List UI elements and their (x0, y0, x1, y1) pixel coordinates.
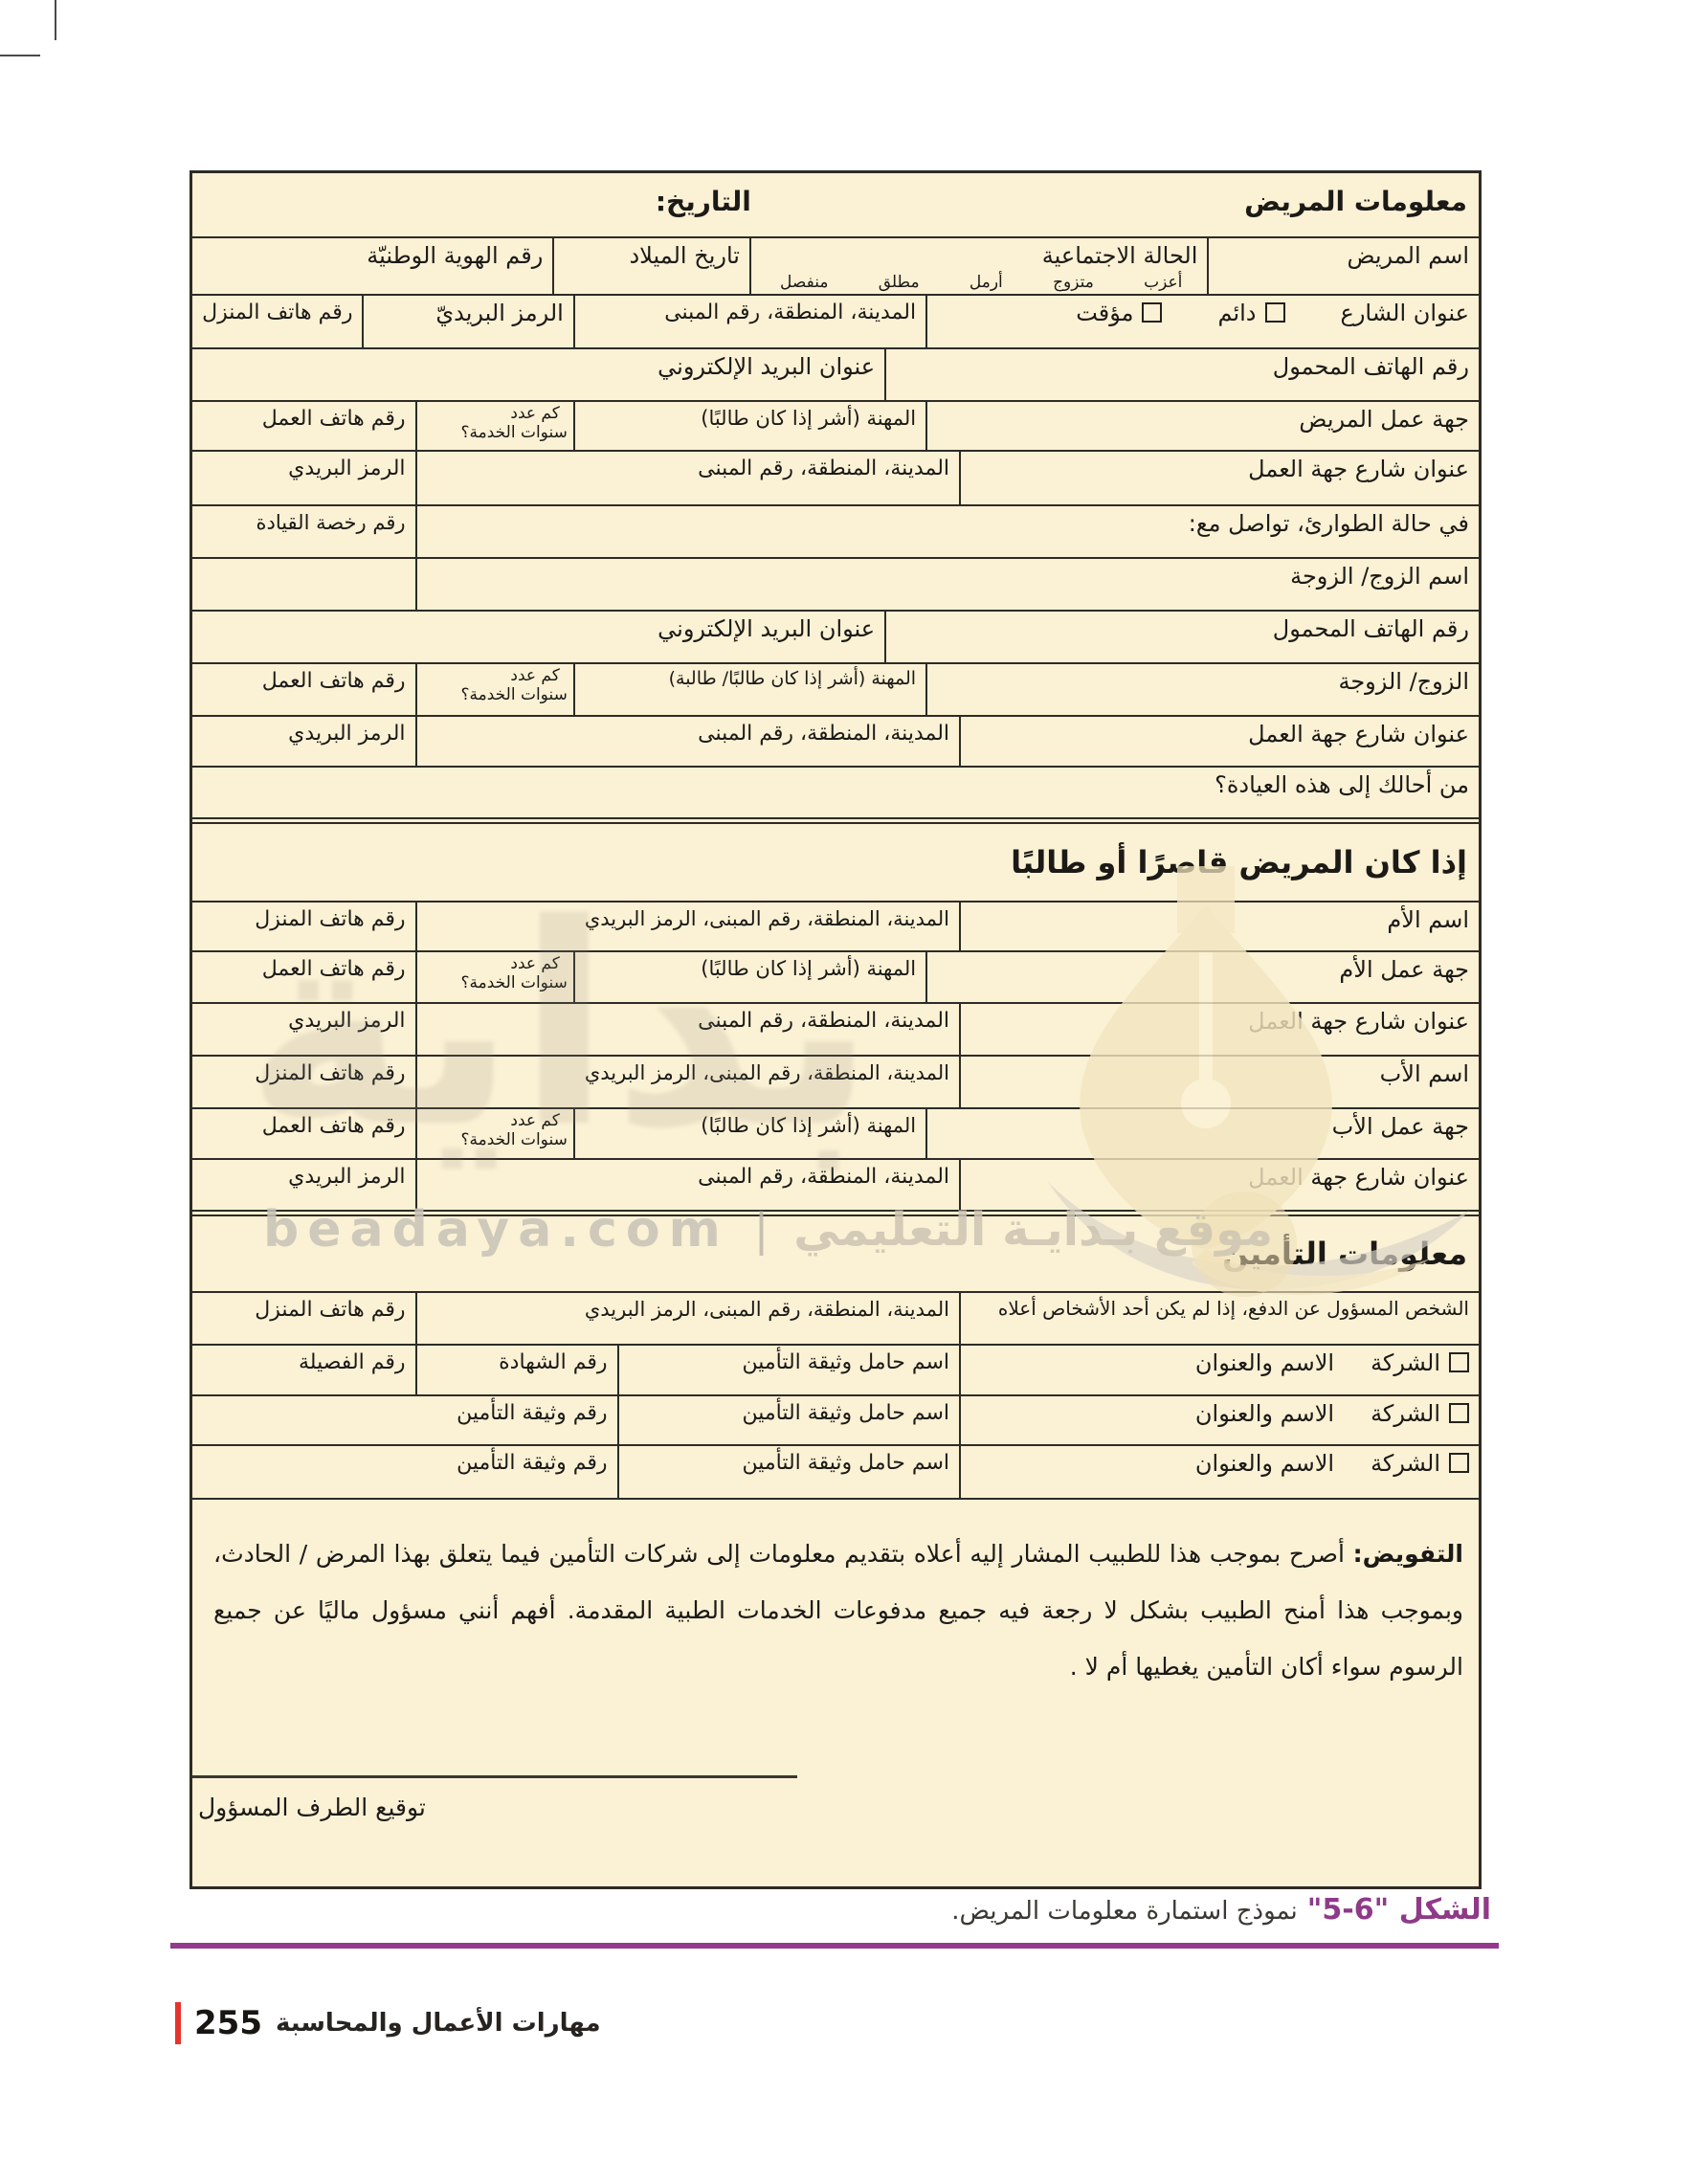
cell-label: رقم رخصة القيادة (256, 511, 405, 534)
cell-label: الشركة (1371, 1451, 1440, 1478)
form-row: الشركةالاسم والعنواناسم حامل وثيقة التأم… (192, 1444, 1479, 1498)
cell-content: رقم هاتف العمل (192, 1109, 415, 1138)
form-row: جهة عمل الأبالمهنة (أشر إذا كان طالبًا)ك… (192, 1107, 1479, 1158)
cell-content: جهة عمل المريض (927, 402, 1479, 434)
cell-content: عنوان البريد الإلكتروني (192, 349, 884, 381)
cell-label: الزوج/ الزوجة (1338, 669, 1469, 696)
cell-content: الرمز البريدي (192, 1004, 415, 1033)
checkbox-icon (1265, 302, 1285, 323)
cell-label: كم عددسنوات الخدمة؟ (459, 952, 568, 992)
cell-content: الشركةالاسم والعنوان (961, 1396, 1479, 1428)
form-cell: اسم حامل وثيقة التأمين (617, 1446, 960, 1498)
form-cell: اسم الأم (959, 903, 1479, 950)
cell-content: رقم هاتف العمل (192, 402, 415, 431)
checkbox-option: دائم (1217, 301, 1284, 327)
cell-content: المدينة، المنطقة، رقم المبنى، الرمز البر… (417, 1057, 960, 1084)
divider-rule (170, 1943, 1499, 1949)
form-cell: الشخص المسؤول عن الدفع، إذا لم يكن أحد ا… (959, 1293, 1479, 1344)
form-cell: الرمز البريدي (192, 1160, 415, 1210)
cell-content: في حالة الطوارئ، تواصل مع: (417, 506, 1479, 538)
form-cell: جهة عمل الأب (925, 1109, 1479, 1158)
form-cell: رقم هاتف العمل (192, 664, 415, 715)
form-cell: جهة عمل الأم (925, 952, 1479, 1002)
form-cell: المدينة، المنطقة، رقم المبنى (415, 717, 960, 766)
cell-label: الرمز البريدي (288, 722, 405, 746)
cell-content: المدينة، المنطقة، رقم المبنى (575, 296, 925, 324)
crop-mark-vertical (55, 0, 56, 40)
cell-content: المدينة، المنطقة، رقم المبنى، الرمز البر… (417, 903, 960, 930)
form-cell: المهنة (أشر إذا كان طالبًا) (573, 952, 925, 1002)
form-cell: عنوان الشارعدائممؤقت (925, 296, 1479, 347)
cell-label: رقم الشهادة (499, 1350, 607, 1374)
form-cell: كم عددسنوات الخدمة؟ (415, 402, 573, 450)
cell-content: رقم الفصيلة (192, 1346, 415, 1374)
cell-content: الرمز البريدي (192, 1160, 415, 1189)
cell-label: تاريخ الميلاد (629, 243, 740, 270)
cell-label: المدينة، المنطقة، رقم المبنى (698, 1009, 949, 1033)
cell-label: الحالة الاجتماعية (1042, 243, 1198, 270)
cell-content: الشخص المسؤول عن الدفع، إذا لم يكن أحد ا… (961, 1293, 1479, 1320)
cell-label: المدينة، المنطقة، رقم المبنى (664, 301, 916, 324)
cell-label: جهة عمل الأم (1339, 957, 1469, 984)
cell-content: رقم رخصة القيادة (192, 506, 415, 534)
cell-label: الشركة (1371, 1350, 1440, 1377)
cell-content: الرمز البريديّ (364, 296, 572, 327)
cell-label: الرمز البريديّ (435, 301, 563, 327)
form-cell: الحالة الاجتماعيةأعزبمتزوجأرملمطلقمنفصل (749, 238, 1207, 294)
marital-status-option: متزوج (1053, 273, 1094, 292)
form-cell: اسم الأب (959, 1057, 1479, 1107)
cell-content: المهنة (أشر إذا كان طالبًا) (575, 402, 925, 430)
form-row: معلومات المريضالتاريخ: (192, 173, 1479, 236)
form-cell: الرمز البريدي (192, 1004, 415, 1055)
form-cell: المدينة، المنطقة، رقم المبنى (573, 296, 925, 347)
marital-status-option: أرمل (970, 273, 1003, 292)
form-cell: اسم الزوج/ الزوجة (415, 559, 1479, 610)
checkbox-option-label: مؤقت (1076, 301, 1133, 327)
figure-caption: الشكل "6-5"نموذج استمارة معلومات المريض. (951, 1893, 1491, 1927)
book-title: مهارات الأعمال والمحاسبة (276, 2009, 601, 2038)
date-label: التاريخ: (656, 186, 751, 217)
section-header: إذا كان المريض قاصرًا أو طالبًا (999, 844, 1479, 880)
cell-label: رقم الهوية الوطنيّة (367, 243, 543, 270)
cell-content: الرمز البريدي (192, 717, 415, 746)
cell-content: عنوان الشارعدائممؤقت (927, 296, 1479, 327)
cell-label: رقم الهاتف المحمول (1273, 616, 1469, 643)
cell-label: اسم الزوج/ الزوجة (1290, 564, 1469, 591)
marital-status-option: أعزب (1144, 273, 1182, 292)
form-cell: رقم الهاتف المحمول (884, 349, 1479, 400)
footer-accent-bar (175, 2002, 181, 2044)
cell-content: اسم الأم (961, 903, 1479, 934)
form-cell: رقم وثيقة التأمين (192, 1396, 617, 1444)
form-cell: المدينة، المنطقة، رقم المبنى، الرمز البر… (415, 1293, 960, 1344)
cell-content: المدينة، المنطقة، رقم المبنى (417, 1160, 960, 1189)
cell-label: رقم هاتف العمل (262, 957, 406, 981)
form-cell: جهة عمل المريض (925, 402, 1479, 450)
form-row: الزوج/ الزوجةالمهنة (أشر إذا كان طالبًا/… (192, 662, 1479, 715)
form-cell: المهنة (أشر إذا كان طالبًا) (573, 402, 925, 450)
cell-content: عنوان شارع جهة العمل (961, 1004, 1479, 1036)
form-cell: عنوان شارع جهة العمل (959, 717, 1479, 766)
cell-content: عنوان شارع جهة العمل (961, 1160, 1479, 1192)
cell-label: المدينة، المنطقة، رقم المبنى، الرمز البر… (585, 907, 949, 930)
checkbox-option-label: دائم (1217, 301, 1256, 327)
checkbox-icon (1449, 1453, 1469, 1473)
cell-label: المهنة (أشر إذا كان طالبًا) (701, 1114, 916, 1137)
form-row: جهة عمل الأمالمهنة (أشر إذا كان طالبًا)ك… (192, 950, 1479, 1002)
cell-label: الشخص المسؤول عن الدفع، إذا لم يكن أحد ا… (998, 1298, 1469, 1320)
cell-label: الرمز البريدي (288, 1009, 405, 1033)
cell-sublabel: سنوات الخدمة؟ (461, 1130, 568, 1149)
cell-sublabel: سنوات الخدمة؟ (461, 423, 568, 442)
cell-label: عنوان البريد الإلكتروني (658, 354, 875, 381)
form-cell: المهنة (أشر إذا كان طالبًا/ طالبة) (573, 664, 925, 715)
cell-content: المدينة، المنطقة، رقم المبنى، الرمز البر… (417, 1293, 960, 1321)
form-cell (192, 559, 415, 610)
cell-content: رقم هاتف المنزل (192, 296, 362, 324)
cell-label: جهة عمل المريض (1299, 407, 1469, 434)
form-cell: في حالة الطوارئ، تواصل مع: (415, 506, 1479, 557)
form-cell: المدينة، المنطقة، رقم المبنى، الرمز البر… (415, 903, 960, 950)
cell-content: المهنة (أشر إذا كان طالبًا) (575, 952, 925, 980)
cell-label: الرمز البريدي (288, 457, 405, 480)
cell-content: المدينة، المنطقة، رقم المبنى (417, 452, 960, 480)
form-cell: المدينة، المنطقة، رقم المبنى، الرمز البر… (415, 1057, 960, 1107)
cell-content: عنوان البريد الإلكتروني (192, 612, 884, 643)
cell-label: الرمز البريدي (288, 1165, 405, 1189)
cell-content: اسم حامل وثيقة التأمين (619, 1346, 960, 1374)
cell-label: رقم هاتف المنزل (255, 907, 405, 931)
cell-extra-label: الاسم والعنوان (1195, 1401, 1334, 1428)
patient-information-form: معلومات المريضالتاريخ:اسم المريضالحالة ا… (189, 170, 1482, 1889)
form-row: الشركةالاسم والعنواناسم حامل وثيقة التأم… (192, 1344, 1479, 1394)
cell-content: الزوج/ الزوجة (927, 664, 1479, 696)
cell-label: من أحالك إلى هذه العيادة؟ (1215, 772, 1469, 799)
cell-label: اسم الأم (1387, 907, 1469, 934)
form-cell: الزوج/ الزوجة (925, 664, 1479, 715)
form-row: الشخص المسؤول عن الدفع، إذا لم يكن أحد ا… (192, 1291, 1479, 1344)
cell-content: كم عددسنوات الخدمة؟ (417, 664, 573, 705)
form-cell: تاريخ الميلاد (552, 238, 749, 294)
cell-content: رقم الهوية الوطنيّة (192, 238, 552, 270)
cell-label: رقم هاتف المنزل (202, 301, 352, 324)
form-cell: الشركةالاسم والعنوان (959, 1446, 1479, 1498)
form-cell: رقم الهوية الوطنيّة (192, 238, 552, 294)
form-cell: الرمز البريدي (192, 452, 415, 504)
section-header: معلومات التأمين (1211, 1236, 1479, 1272)
form-row: عنوان شارع جهة العملالمدينة، المنطقة، رق… (192, 450, 1479, 504)
cell-label: رقم الهاتف المحمول (1273, 354, 1469, 381)
cell-content: جهة عمل الأم (927, 952, 1479, 984)
cell-label: رقم هاتف العمل (262, 1114, 406, 1138)
form-row: اسم الأمالمدينة، المنطقة، رقم المبنى، ال… (192, 901, 1479, 950)
form-row: رقم الهاتف المحمولعنوان البريد الإلكترون… (192, 610, 1479, 662)
form-cell: من أحالك إلى هذه العيادة؟ (192, 768, 1479, 817)
form-cell: كم عددسنوات الخدمة؟ (415, 664, 573, 715)
cell-label: الشركة (1371, 1401, 1440, 1428)
form-row: من أحالك إلى هذه العيادة؟ (192, 766, 1479, 817)
cell-content: اسم الزوج/ الزوجة (417, 559, 1479, 591)
cell-label: اسم المريض (1347, 243, 1469, 270)
cell-content: رقم الهاتف المحمول (886, 349, 1479, 381)
form-cell: اسم حامل وثيقة التأمين (617, 1346, 960, 1394)
figure-caption-number: الشكل "6-5" (1307, 1893, 1491, 1927)
cell-content: اسم الأب (961, 1057, 1479, 1088)
marital-status-options: أعزبمتزوجأرملمطلقمنفصل (751, 273, 1207, 292)
signature-label: توقيع الطرف المسؤول (192, 1778, 797, 1821)
form-cell: رقم هاتف العمل (192, 952, 415, 1002)
cell-sublabel: سنوات الخدمة؟ (461, 685, 568, 704)
cell-label: اسم الأب (1380, 1061, 1469, 1088)
form-cell: الشركةالاسم والعنوان (959, 1346, 1479, 1394)
form-cell: رقم هاتف المنزل (192, 1057, 415, 1107)
cell-label: عنوان الشارع (1341, 301, 1470, 327)
form-cell: عنوان شارع جهة العمل (959, 452, 1479, 504)
cell-label: في حالة الطوارئ، تواصل مع: (1189, 511, 1469, 538)
cell-content: رقم الشهادة (417, 1346, 617, 1374)
cell-content (192, 559, 415, 564)
form-cell: رقم هاتف العمل (192, 402, 415, 450)
cell-extra-label: الاسم والعنوان (1195, 1451, 1334, 1478)
cell-label: رقم هاتف العمل (262, 407, 406, 431)
cell-label: رقم وثيقة التأمين (457, 1451, 607, 1475)
form-cell: الرمز البريدي (192, 717, 415, 766)
cell-content: الشركةالاسم والعنوان (961, 1446, 1479, 1478)
cell-label: اسم حامل وثيقة التأمين (742, 1350, 949, 1374)
cell-label: جهة عمل الأب (1332, 1114, 1469, 1141)
form-row: عنوان شارع جهة العملالمدينة، المنطقة، رق… (192, 1158, 1479, 1210)
authorization-term: التفويض: (1353, 1540, 1463, 1568)
authorization-paragraph: التفويض: أصرح بموجب هذا للطبيب المشار إل… (192, 1500, 1479, 1886)
form-row: رقم الهاتف المحمولعنوان البريد الإلكترون… (192, 347, 1479, 400)
page: { "page": { "caption": { "figure_label":… (0, 0, 1694, 2184)
marital-status-option: مطلق (879, 273, 920, 292)
form-row: إذا كان المريض قاصرًا أو طالبًا (192, 822, 1479, 901)
cell-content: الشركةالاسم والعنوان (961, 1346, 1479, 1377)
form-cell: كم عددسنوات الخدمة؟ (415, 952, 573, 1002)
cell-label: المدينة، المنطقة، رقم المبنى، الرمز البر… (585, 1298, 949, 1321)
cell-label: عنوان شارع جهة العمل (1248, 1165, 1469, 1192)
cell-label: رقم هاتف المنزل (255, 1061, 405, 1085)
cell-label: عنوان شارع جهة العمل (1248, 457, 1469, 483)
cell-label: المهنة (أشر إذا كان طالبًا/ طالبة) (669, 669, 917, 690)
form-row: اسم الزوج/ الزوجة (192, 557, 1479, 610)
checkbox-option: مؤقت (1076, 301, 1162, 327)
form-cell: عنوان البريد الإلكتروني (192, 349, 884, 400)
cell-content: كم عددسنوات الخدمة؟ (417, 402, 573, 443)
cell-content: المدينة، المنطقة، رقم المبنى (417, 1004, 960, 1033)
cell-label: رقم هاتف العمل (262, 669, 406, 693)
form-cell: المدينة، المنطقة، رقم المبنى (415, 452, 960, 504)
cell-label: المهنة (أشر إذا كان طالبًا) (701, 407, 916, 430)
form-cell: اسم حامل وثيقة التأمين (617, 1396, 960, 1444)
marital-status-option: منفصل (780, 273, 828, 292)
form-cell: اسم المريض (1207, 238, 1479, 294)
cell-label: المدينة، المنطقة، رقم المبنى (698, 457, 949, 480)
cell-content: كم عددسنوات الخدمة؟ (417, 1109, 573, 1150)
cell-label: المدينة، المنطقة، رقم المبنى، الرمز البر… (585, 1061, 949, 1084)
cell-content: اسم المريض (1209, 238, 1479, 270)
form-cell: رقم هاتف المنزل (192, 296, 362, 347)
cell-label: اسم حامل وثيقة التأمين (742, 1401, 949, 1425)
cell-sublabel: سنوات الخدمة؟ (461, 973, 568, 992)
cell-extra-label: الاسم والعنوان (1195, 1350, 1334, 1377)
form-cell: رقم رخصة القيادة (192, 506, 415, 557)
form-cell: عنوان شارع جهة العمل (959, 1160, 1479, 1210)
cell-label: كم عددسنوات الخدمة؟ (459, 664, 568, 704)
form-row: اسم الأبالمدينة، المنطقة، رقم المبنى، ال… (192, 1055, 1479, 1107)
page-number: 255 (194, 2004, 262, 2042)
form-cell: رقم الشهادة (415, 1346, 617, 1394)
cell-content: المدينة، المنطقة، رقم المبنى (417, 717, 960, 746)
cell-label: كم عددسنوات الخدمة؟ (459, 1109, 568, 1149)
form-cell: عنوان شارع جهة العمل (959, 1004, 1479, 1055)
cell-content: رقم هاتف المنزل (192, 903, 415, 931)
form-row: عنوان الشارعدائممؤقتالمدينة، المنطقة، رق… (192, 294, 1479, 347)
form-row: الشركةالاسم والعنواناسم حامل وثيقة التأم… (192, 1394, 1479, 1444)
form-cell: رقم وثيقة التأمين (192, 1446, 617, 1498)
page-footer: 255 مهارات الأعمال والمحاسبة (175, 2002, 601, 2044)
cell-content: عنوان شارع جهة العمل (961, 717, 1479, 748)
figure-caption-text: نموذج استمارة معلومات المريض. (951, 1897, 1298, 1926)
form-cell: رقم هاتف المنزل (192, 1293, 415, 1344)
cell-content: رقم هاتف العمل (192, 664, 415, 693)
cell-label: رقم هاتف المنزل (255, 1298, 405, 1322)
form-row: التفويض: أصرح بموجب هذا للطبيب المشار إل… (192, 1498, 1479, 1886)
cell-label: المهنة (أشر إذا كان طالبًا) (701, 957, 916, 980)
cell-label: رقم وثيقة التأمين (457, 1401, 607, 1425)
cell-label: المدينة، المنطقة، رقم المبنى (698, 1165, 949, 1189)
form-cell: المدينة، المنطقة، رقم المبنى (415, 1160, 960, 1210)
cell-content: من أحالك إلى هذه العيادة؟ (192, 768, 1479, 799)
checkbox-icon (1449, 1352, 1469, 1372)
cell-content: رقم هاتف المنزل (192, 1293, 415, 1322)
cell-content: رقم هاتف العمل (192, 952, 415, 981)
form-cell: رقم الهاتف المحمول (884, 612, 1479, 662)
form-title: معلومات المريض (1244, 186, 1467, 217)
form-row: اسم المريضالحالة الاجتماعيةأعزبمتزوجأرمل… (192, 236, 1479, 294)
signature-line: توقيع الطرف المسؤول (192, 1775, 797, 1821)
cell-content: جهة عمل الأب (927, 1109, 1479, 1141)
form-row: عنوان شارع جهة العملالمدينة، المنطقة، رق… (192, 715, 1479, 766)
cell-content: تاريخ الميلاد (554, 238, 749, 270)
cell-label: عنوان البريد الإلكتروني (658, 616, 875, 643)
cell-content: الرمز البريدي (192, 452, 415, 480)
cell-content: رقم هاتف المنزل (192, 1057, 415, 1085)
form-row: جهة عمل المريضالمهنة (أشر إذا كان طالبًا… (192, 400, 1479, 450)
cell-content: رقم وثيقة التأمين (192, 1446, 617, 1475)
cell-label: المدينة، المنطقة، رقم المبنى (698, 722, 949, 746)
cell-content: اسم حامل وثيقة التأمين (619, 1446, 960, 1475)
cell-label: عنوان شارع جهة العمل (1248, 1009, 1469, 1036)
cell-content: المهنة (أشر إذا كان طالبًا/ طالبة) (575, 664, 925, 690)
form-cell: عنوان البريد الإلكتروني (192, 612, 884, 662)
cell-label: كم عددسنوات الخدمة؟ (459, 402, 568, 442)
form-cell: كم عددسنوات الخدمة؟ (415, 1109, 573, 1158)
form-cell: الشركةالاسم والعنوان (959, 1396, 1479, 1444)
cell-content: الحالة الاجتماعية (751, 238, 1207, 270)
cell-content: المهنة (أشر إذا كان طالبًا) (575, 1109, 925, 1137)
checkbox-icon (1142, 302, 1162, 323)
form-cell: رقم الفصيلة (192, 1346, 415, 1394)
cell-content: رقم الهاتف المحمول (886, 612, 1479, 643)
form-cell: رقم هاتف العمل (192, 1109, 415, 1158)
form-row: عنوان شارع جهة العملالمدينة، المنطقة، رق… (192, 1002, 1479, 1055)
form-row: في حالة الطوارئ، تواصل مع:رقم رخصة القيا… (192, 504, 1479, 557)
form-cell: الرمز البريديّ (362, 296, 572, 347)
cell-label: عنوان شارع جهة العمل (1248, 722, 1469, 748)
form-cell: المهنة (أشر إذا كان طالبًا) (573, 1109, 925, 1158)
form-cell: المدينة، المنطقة، رقم المبنى (415, 1004, 960, 1055)
cell-label: رقم الفصيلة (299, 1350, 406, 1374)
cell-content: اسم حامل وثيقة التأمين (619, 1396, 960, 1425)
cell-label: اسم حامل وثيقة التأمين (742, 1451, 949, 1475)
cell-content: كم عددسنوات الخدمة؟ (417, 952, 573, 993)
cell-content: رقم وثيقة التأمين (192, 1396, 617, 1425)
form-cell: رقم هاتف المنزل (192, 903, 415, 950)
cell-content: عنوان شارع جهة العمل (961, 452, 1479, 483)
checkbox-icon (1449, 1403, 1469, 1423)
form-row: معلومات التأمين (192, 1215, 1479, 1291)
crop-mark-horizontal (0, 55, 40, 56)
